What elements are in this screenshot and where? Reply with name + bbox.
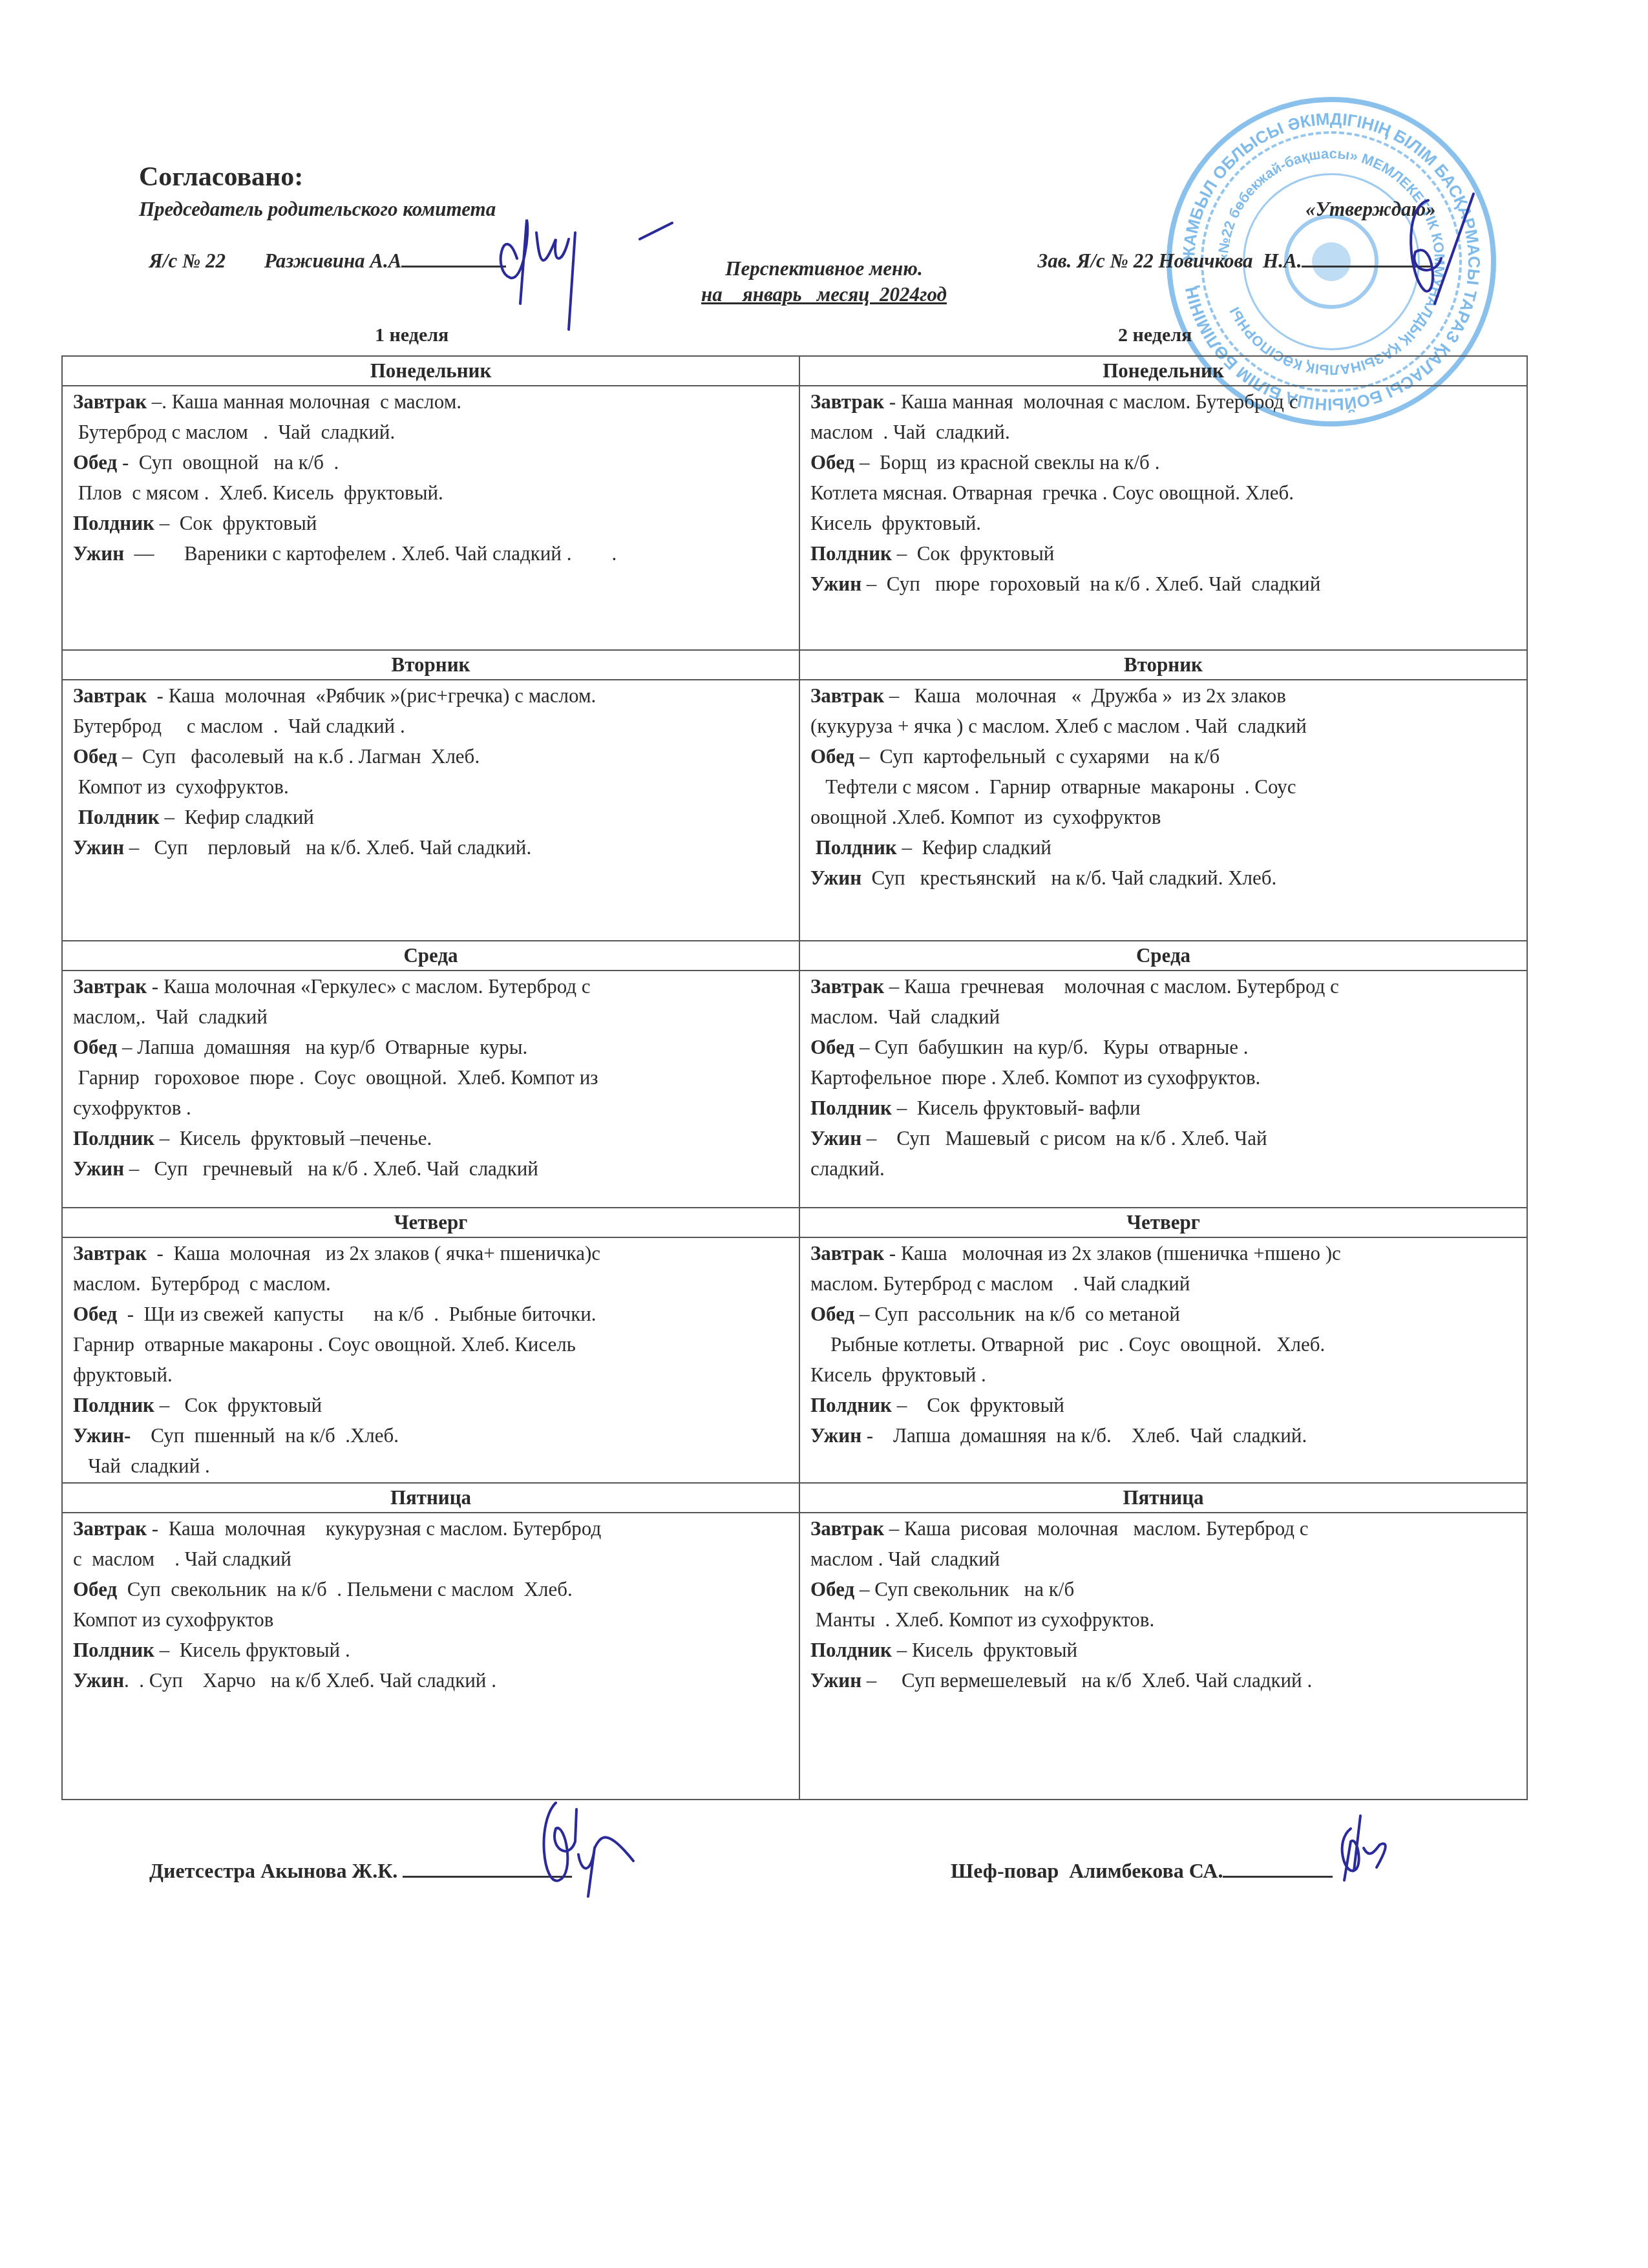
meal-separator: – [861,1127,896,1150]
meal-line: Полдник – Сок фруктовый [810,538,1516,569]
meal-text: Кефир сладкий [184,806,314,828]
meal-line: Полдник – Сок фруктовый [73,1390,788,1420]
meal-label: Ужин [810,572,861,595]
meal-text: Сок фруктовый [184,1394,322,1416]
meal-text: Гарнир гороховое пюре . Соус овощной. Хл… [73,1066,598,1089]
menu-cell-week2: Завтрак - Каша молочная из 2х злаков (пш… [799,1237,1527,1483]
meal-line: Ужин - Лапша домашняя на к/б. Хлеб. Чай … [810,1420,1516,1451]
meal-text: Компот из сухофруктов [73,1608,274,1631]
meal-text: Чай сладкий . [73,1454,210,1477]
meal-separator: — [124,542,184,565]
meal-label: Завтрак [73,390,147,413]
meal-text: Каша рисовая молочная маслом. Бутерброд … [904,1517,1309,1540]
meal-text: Суп гречневый на к/б . Хлеб. Чай сладкий [154,1157,538,1180]
meal-label: Обед [73,451,117,474]
meal-separator: – [892,1097,917,1119]
meal-text: Суп овощной на к/б . [139,451,339,474]
meal-line: Ужин — Вареники с картофелем . Хлеб. Чай… [73,538,788,569]
meal-label: Завтрак [73,975,147,998]
menu-title: Перспективное меню. [0,257,1648,280]
meal-line: Компот из сухофруктов. [73,772,788,802]
meal-text: Лапша домашняя на к/б. Хлеб. Чай сладкий… [893,1424,1307,1447]
day-header-1: Среда [62,941,799,971]
meal-separator: - [147,684,169,707]
meal-line: маслом. Бутерброд с маслом . Чай сладкий [810,1268,1516,1299]
meal-text: Кисель фруктовый. [810,512,981,534]
meal-separator: – [854,1303,874,1325]
meal-separator: – [861,1669,902,1692]
meal-line: маслом,. Чай сладкий [73,1002,788,1032]
dietitian-signature [530,1783,659,1900]
meal-line: Компот из сухофруктов [73,1604,788,1635]
meal-label: Завтрак [73,1242,147,1265]
meal-label: Полдник [73,1127,154,1150]
meal-line: Полдник – Кисель фруктовый . [73,1635,788,1665]
menu-table: ПонедельникПонедельникЗавтрак –. Каша ма… [61,355,1528,1800]
meal-label: Ужин [810,866,861,889]
meal-separator: - [117,451,139,474]
meal-label: Полдник [810,1639,892,1661]
meal-line: Рыбные котлеты. Отварной рис . Соус овощ… [810,1329,1516,1360]
meal-line: Ужин- Суп пшенный на к/б .Хлеб. [73,1420,788,1451]
meal-line: Ужин – Суп пюре гороховый на к/б . Хлеб.… [810,569,1516,599]
meal-text: Борщ из красной свеклы на к/б . [880,451,1159,474]
meal-text: Суп свекольник на к/б . Пельмени с масло… [127,1578,573,1601]
meal-label: Полдник [810,1394,892,1416]
meal-text: Каша манная молочная с маслом. [172,390,461,413]
meal-line: Обед – Суп фасолевый на к.б . Лагман Хле… [73,741,788,772]
meal-text: Кефир сладкий [922,836,1051,859]
meal-text: Каша молочная кукурузная с маслом. Бутер… [169,1517,602,1540]
meal-text: фруктовый. [73,1363,173,1386]
meal-text: овощной .Хлеб. Компот из сухофруктов [810,806,1161,828]
meal-text: сладкий. [810,1157,885,1180]
meal-label: Ужин [73,1157,124,1180]
meal-line: Котлета мясная. Отварная гречка . Соус о… [810,478,1516,508]
meal-line: Завтрак - Каша молочная кукурузная с мас… [73,1513,788,1544]
meal-separator: – [854,745,880,768]
meal-text: маслом. Бутерброд с маслом . Чай сладкий [810,1272,1190,1295]
meal-text: Гарнир отварные макароны . Соус овощной.… [73,1333,576,1356]
meal-label: Обед [73,1578,117,1601]
day-header-1: Пятница [62,1483,799,1513]
meal-line: Кисель фруктовый. [810,508,1516,538]
meal-text: Каша гречневая молочная с маслом. Бутерб… [904,975,1339,998]
day-header-1: Вторник [62,650,799,680]
meal-line: Завтрак –. Каша манная молочная с маслом… [73,386,788,417]
meal-separator: – [884,684,914,707]
meal-line: Полдник – Кисель фруктовый –печенье. [73,1123,788,1153]
meal-label: Обед [810,1303,854,1325]
meal-line: Плов с мясом . Хлеб. Кисель фруктовый. [73,478,788,508]
meal-line: Обед - Суп овощной на к/б . [73,447,788,478]
meal-line: маслом . Чай сладкий. [810,417,1516,447]
meal-line: маслом. Чай сладкий [810,1002,1516,1032]
week-1-label: 1 неделя [375,324,449,346]
meal-line: Полдник – Кефир сладкий [810,832,1516,863]
day-menu-row: Завтрак - Каша молочная «Геркулес» с мас… [62,971,1527,1208]
meal-text: Кисель фруктовый [912,1639,1077,1661]
approved-role: Председатель родительского комитета [139,198,496,221]
meal-line: Обед – Лапша домашняя на кур/б Отварные … [73,1032,788,1062]
meal-line: Обед – Суп свекольник на к/б [810,1574,1516,1604]
meal-text: Суп пюре гороховый на к/б . Хлеб. Чай сл… [887,572,1320,595]
meal-text: Суп крестьянский на к/б. Чай сладкий. Хл… [872,866,1277,889]
meal-label: Ужин [810,1127,861,1150]
meal-line: сладкий. [810,1153,1516,1184]
menu-cell-week2: Завтрак – Каша рисовая молочная маслом. … [799,1513,1527,1800]
meal-label: Завтрак [810,684,884,707]
day-header-row: СредаСреда [62,941,1527,971]
chef-signature-line [1223,1876,1333,1878]
meal-line: Ужин Суп крестьянский на к/б. Чай сладки… [810,863,1516,893]
meal-text: Каша манная молочная с маслом. Бутерброд… [901,390,1298,413]
meal-line: фруктовый. [73,1360,788,1390]
day-header-row: ПонедельникПонедельник [62,356,1527,386]
meal-separator [861,866,872,889]
meal-label: Завтрак [810,390,884,413]
meal-line: Завтрак - Каша молочная из 2х злаков ( я… [73,1238,788,1268]
day-header-row: ЧетвергЧетверг [62,1208,1527,1237]
meal-line: Завтрак - Каша манная молочная с маслом.… [810,386,1516,417]
meal-separator [117,1578,127,1601]
meal-text: маслом. Бутерброд с маслом. [73,1272,331,1295]
day-header-2: Понедельник [799,356,1527,386]
meal-separator: – [854,451,880,474]
meal-text: маслом,. Чай сладкий [73,1005,268,1028]
meal-line: Завтрак - Каша молочная из 2х злаков (пш… [810,1238,1516,1268]
meal-label: Полдник [73,1639,154,1661]
meal-line: Чай сладкий . [73,1451,788,1481]
meal-line: маслом. Бутерброд с маслом. [73,1268,788,1299]
meal-label: Обед [73,745,117,768]
meal-text: Суп свекольник на к/б [874,1578,1074,1601]
meal-text: Сок фруктовый [927,1394,1064,1416]
meal-separator: – [897,836,922,859]
meal-text: Вареники с картофелем . Хлеб. Чай сладки… [184,542,617,565]
meal-text: Суп Машевый с рисом на к/б . Хлеб. Чай [896,1127,1267,1150]
meal-line: Полдник – Сок фруктовый [73,508,788,538]
meal-text: маслом . Чай сладкий. [810,421,1010,443]
meal-line: Завтрак – Каша гречневая молочная с масл… [810,971,1516,1002]
meal-text: Рыбные котлеты. Отварной рис . Соус овощ… [810,1333,1325,1356]
meal-line: Обед – Борщ из красной свеклы на к/б . [810,447,1516,478]
meal-text: Плов с мясом . Хлеб. Кисель фруктовый. [73,481,443,504]
meal-line: Бутерброд с маслом . Чай сладкий. [73,417,788,447]
meal-label: Полдник [73,806,160,828]
meal-label: Завтрак [810,1242,884,1265]
meal-line: Гарнир отварные макароны . Соус овощной.… [73,1329,788,1360]
meal-label: Ужин [73,836,124,859]
meal-line: Полдник – Кефир сладкий [73,802,788,832]
meal-text: Суп фасолевый на к.б . Лагман Хлеб. [142,745,480,768]
meal-separator: – [117,1036,137,1058]
meal-text: Котлета мясная. Отварная гречка . Соус о… [810,481,1294,504]
meal-text: Манты . Хлеб. Компот из сухофруктов. [810,1608,1154,1631]
meal-line: Полдник – Кисель фруктовый- вафли [810,1093,1516,1123]
meal-text: Суп картофельный с сухарями на к/б [880,745,1220,768]
meal-label: Обед [810,745,854,768]
meal-text: Суп рассольник на к/б со метаной [874,1303,1180,1325]
meal-line: Ужин – Суп вермешелевый на к/б Хлеб. Чай… [810,1665,1516,1696]
meal-text: Каша молочная из 2х злаков (пшеничка +пш… [901,1242,1341,1265]
meal-text: Кисель фруктовый . [810,1363,986,1386]
meal-separator: – [892,1394,927,1416]
meal-text: Суп бабушкин на кур/б. Куры отварные . [874,1036,1248,1058]
meal-label: Обед [810,1036,854,1058]
chef-signature [1331,1809,1428,1887]
meal-text: с маслом . Чай сладкий [73,1548,291,1570]
day-header-1: Четверг [62,1208,799,1237]
day-header-1: Понедельник [62,356,799,386]
meal-text: Сок фруктовый [917,542,1055,565]
menu-cell-week1: Завтрак –. Каша манная молочная с маслом… [62,386,799,650]
meal-line: маслом . Чай сладкий [810,1544,1516,1574]
meal-separator: - [884,1242,901,1265]
meal-separator: – [892,1639,912,1661]
meal-separator: – [892,542,917,565]
meal-line: овощной .Хлеб. Компот из сухофруктов [810,802,1516,832]
meal-separator: – [861,572,887,595]
meal-label: Ужин [810,1424,861,1447]
day-header-2: Вторник [799,650,1527,680]
meal-text: Кисель фруктовый –печенье. [180,1127,432,1150]
meal-separator: – [160,806,185,828]
meal-line: Обед – Суп рассольник на к/б со метаной [810,1299,1516,1329]
meal-text: маслом. Чай сладкий [810,1005,1000,1028]
menu-cell-week2: Завтрак – Каша гречневая молочная с масл… [799,971,1527,1208]
meal-label: Ужин [73,542,124,565]
day-menu-row: Завтрак - Каша молочная кукурузная с мас… [62,1513,1527,1800]
meal-text: Сок фруктовый [180,512,317,534]
day-menu-row: Завтрак - Каша молочная «Рябчик »(рис+гр… [62,680,1527,941]
meal-text: Каша молочная «Геркулес» с маслом. Бутер… [164,975,591,998]
menu-cell-week1: Завтрак - Каша молочная из 2х злаков ( я… [62,1237,799,1483]
meal-line: Бутерброд с маслом . Чай сладкий . [73,711,788,741]
meal-separator: - [147,1242,173,1265]
day-menu-row: Завтрак - Каша молочная из 2х злаков ( я… [62,1237,1527,1483]
meal-line: Кисель фруктовый . [810,1360,1516,1390]
meal-separator: - [884,390,901,413]
meal-line: Обед - Щи из свежей капусты на к/б . Рыб… [73,1299,788,1329]
approved-title: Согласовано: [139,162,303,193]
meal-separator: - [147,975,164,998]
meal-text: Суп вермешелевый на к/б Хлеб. Чай сладки… [902,1669,1312,1692]
menu-subtitle: на январь месяц 2024год [0,283,1648,306]
meal-text: Лапша домашняя на кур/б Отварные куры. [137,1036,527,1058]
meal-text: (кукуруза + ячка ) с маслом. Хлеб с масл… [810,715,1307,737]
meal-text: Компот из сухофруктов. [73,775,289,798]
day-menu-row: Завтрак –. Каша манная молочная с маслом… [62,386,1527,650]
menu-cell-week1: Завтрак - Каша молочная «Рябчик »(рис+гр… [62,680,799,941]
meal-separator: – [854,1036,874,1058]
meal-label: Обед [73,1036,117,1058]
menu-cell-week1: Завтрак - Каша молочная кукурузная с мас… [62,1513,799,1800]
meal-separator: – [854,1578,874,1601]
meal-line: Завтрак - Каша молочная «Геркулес» с мас… [73,971,788,1002]
meal-line: Ужин – Суп Машевый с рисом на к/б . Хлеб… [810,1123,1516,1153]
meal-line: Завтрак - Каша молочная «Рябчик »(рис+гр… [73,680,788,711]
meal-separator: – [124,836,154,859]
meal-text: Бутерброд с маслом . Чай сладкий. [73,421,395,443]
meal-text: Кисель фруктовый- вафли [917,1097,1141,1119]
meal-line: Полдник – Кисель фруктовый [810,1635,1516,1665]
meal-text: сухофруктов . [73,1097,191,1119]
dietitian-name: Диетсестра Акынова Ж.К. [149,1859,397,1882]
meal-line: (кукуруза + ячка ) с маслом. Хлеб с масл… [810,711,1516,741]
meal-line: Ужин. . Суп Харчо на к/б Хлеб. Чай сладк… [73,1665,788,1696]
chef-name: Шеф-повар Алимбекова СА. [951,1859,1223,1882]
meal-line: Обед – Суп бабушкин на кур/б. Куры отвар… [810,1032,1516,1062]
meal-text: Суп Харчо на к/б Хлеб. Чай сладкий . [149,1669,496,1692]
meal-label: Обед [73,1303,117,1325]
meal-line: Завтрак – Каша молочная « Дружба » из 2х… [810,680,1516,711]
menu-cell-week2: Завтрак – Каша молочная « Дружба » из 2х… [799,680,1527,941]
day-header-2: Пятница [799,1483,1527,1513]
meal-text: Бутерброд с маслом . Чай сладкий . [73,715,405,737]
meal-label: Ужин- [73,1424,131,1447]
meal-text: Каша молочная «Рябчик »(рис+гречка) с ма… [169,684,597,707]
meal-label: Полдник [810,1097,892,1119]
meal-label: Полдник [810,542,892,565]
meal-label: Ужин [73,1669,124,1692]
meal-line: Гарнир гороховое пюре . Соус овощной. Хл… [73,1062,788,1093]
meal-label: Обед [810,451,854,474]
meal-label: Полдник [73,512,154,534]
meal-separator: - [861,1424,893,1447]
chef-line: Шеф-повар Алимбекова СА. [940,1835,1333,1883]
meal-line: сухофруктов . [73,1093,788,1123]
meal-label: Завтрак [73,1517,147,1540]
meal-label: Обед [810,1578,854,1601]
meal-text: Кисель фруктовый . [180,1639,350,1661]
meal-label: Полдник [73,1394,154,1416]
meal-label: Завтрак [810,1517,884,1540]
dietitian-line: Диетсестра Акынова Ж.К. [139,1835,572,1883]
meal-separator: – [117,745,142,768]
meal-text: Картофельное пюре . Хлеб. Компот из сухо… [810,1066,1260,1089]
meal-line: Ужин – Суп гречневый на к/б . Хлеб. Чай … [73,1153,788,1184]
meal-text: Каша молочная « Дружба » из 2х злаков [914,684,1286,707]
meal-line: с маслом . Чай сладкий [73,1544,788,1574]
meal-label: Полдник [810,836,897,859]
meal-line: Обед Суп свекольник на к/б . Пельмени с … [73,1574,788,1604]
meal-line: Ужин – Суп перловый на к/б. Хлеб. Чай сл… [73,832,788,863]
meal-text: Суп перловый на к/б. Хлеб. Чай сладкий. [154,836,532,859]
meal-separator: – [124,1157,154,1180]
meal-separator: –. [147,390,172,413]
meal-text: Тефтели с мясом . Гарнир отварные макаро… [810,775,1296,798]
meal-separator: – [154,1394,185,1416]
day-header-2: Четверг [799,1208,1527,1237]
meal-label: Ужин [810,1669,861,1692]
meal-separator: – [154,1127,180,1150]
day-header-2: Среда [799,941,1527,971]
meal-separator: – [154,512,180,534]
meal-label: Завтрак [810,975,884,998]
meal-separator: . . [124,1669,149,1692]
meal-line: Тефтели с мясом . Гарнир отварные макаро… [810,772,1516,802]
meal-line: Манты . Хлеб. Компот из сухофруктов. [810,1604,1516,1635]
meal-separator [131,1424,151,1447]
week-2-label: 2 неделя [1118,324,1192,346]
meal-separator: – [884,975,904,998]
meal-text: Суп пшенный на к/б .Хлеб. [151,1424,399,1447]
meal-separator: – [884,1517,904,1540]
meal-text: маслом . Чай сладкий [810,1548,1000,1570]
menu-cell-week2: Завтрак - Каша манная молочная с маслом.… [799,386,1527,650]
menu-cell-week1: Завтрак - Каша молочная «Геркулес» с мас… [62,971,799,1208]
meal-line: Завтрак – Каша рисовая молочная маслом. … [810,1513,1516,1544]
meal-line: Полдник – Сок фруктовый [810,1390,1516,1420]
day-header-row: ПятницаПятница [62,1483,1527,1513]
meal-separator: - [117,1303,143,1325]
meal-text: Щи из свежей капусты на к/б . Рыбные бит… [144,1303,597,1325]
meal-label: Завтрак [73,684,147,707]
meal-separator: - [147,1517,169,1540]
meal-separator: – [154,1639,180,1661]
day-header-row: ВторникВторник [62,650,1527,680]
meal-text: Каша молочная из 2х злаков ( ячка+ пшени… [173,1242,600,1265]
meal-line: Картофельное пюре . Хлеб. Компот из сухо… [810,1062,1516,1093]
meal-line: Обед – Суп картофельный с сухарями на к/… [810,741,1516,772]
